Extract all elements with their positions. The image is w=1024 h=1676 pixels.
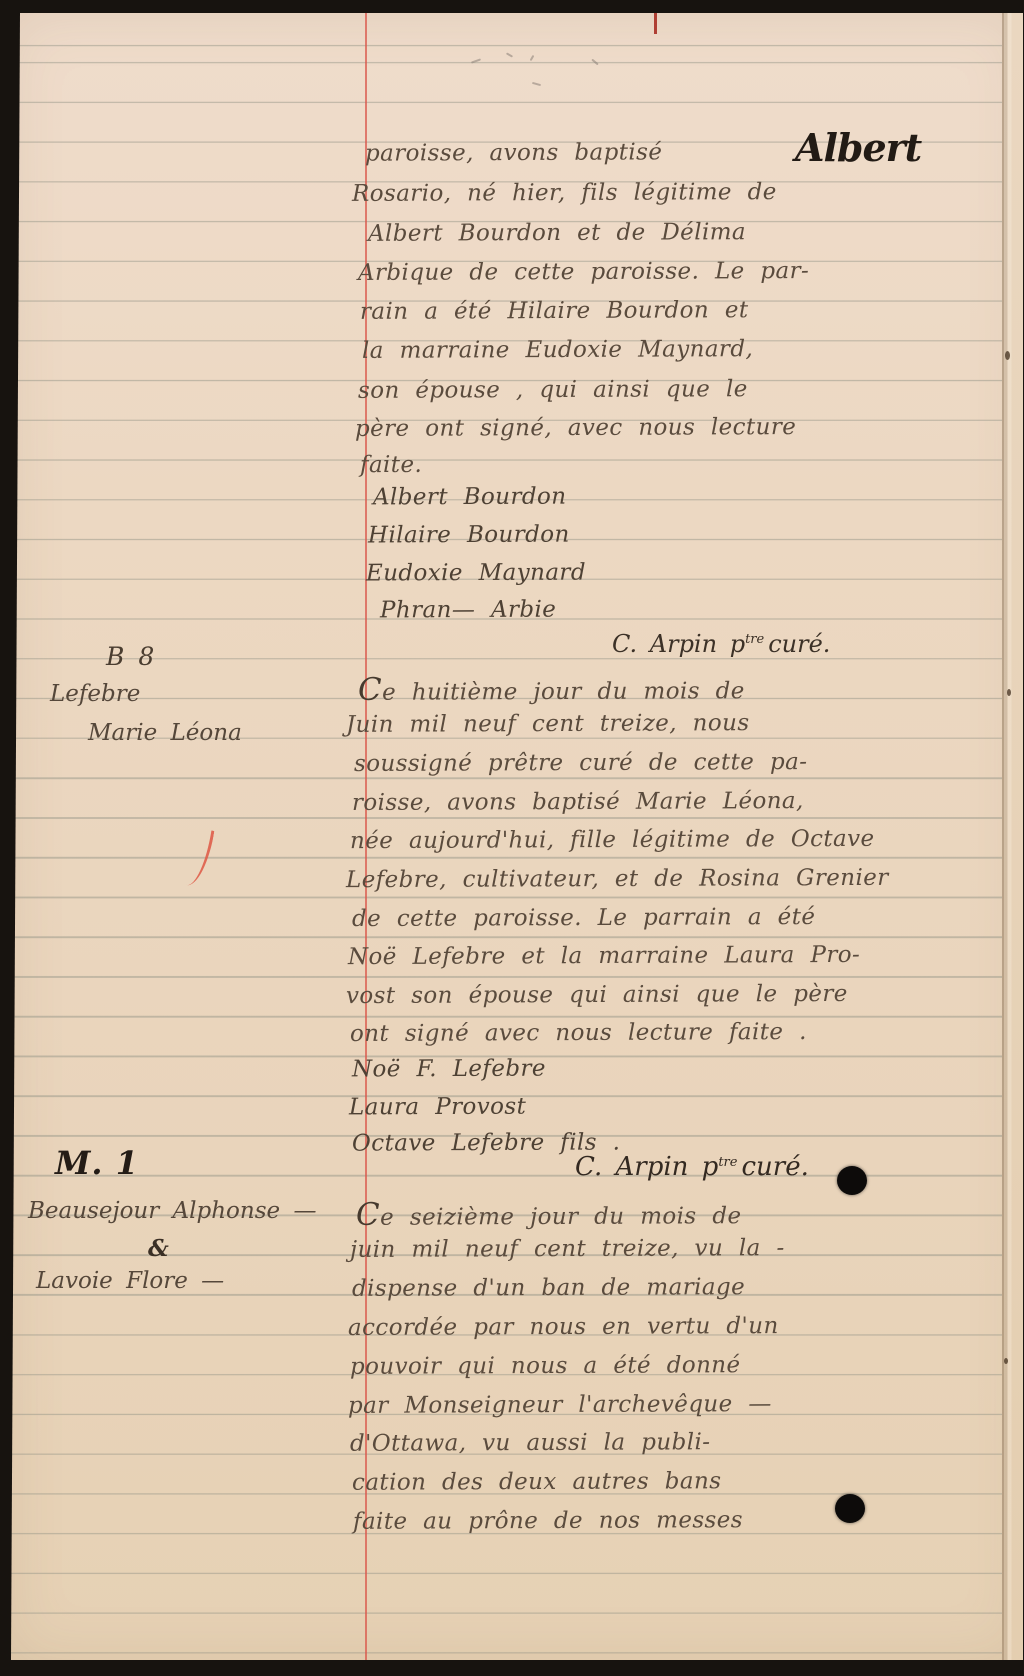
margin-note-marriage-bride: Lavoie Flore — <box>36 1268 224 1294</box>
priest-signature: C. Arpin ptrecuré. <box>575 1152 809 1182</box>
handwriting-line: la marraine Eudoxie Maynard, <box>362 336 753 364</box>
handwriting-line: juin mil neuf cent treize, vu la - <box>350 1235 785 1263</box>
page-paper: paroisse, avons baptisé Albert Rosario, … <box>9 13 1023 1660</box>
page-edge-tear <box>1007 689 1011 696</box>
page-edge-tear <box>1004 1358 1008 1364</box>
top-margin-tick-icon <box>654 13 657 34</box>
page-edge-tear <box>1005 351 1010 360</box>
handwriting-line: faite au prône de nos messes <box>353 1507 743 1535</box>
signature: Hilaire Bourdon <box>368 522 570 549</box>
handwriting-line: cation des deux autres bans <box>352 1468 722 1496</box>
handwriting-line: Albert Bourdon et de Délima <box>368 219 746 247</box>
margin-note-baptism-given-name: Marie Léona <box>88 720 242 746</box>
signature: Eudoxie Maynard <box>366 560 586 587</box>
margin-note-baptism-number: B 8 <box>106 642 154 671</box>
handwriting-line: Noë Lefebre et la marraine Laura Pro- <box>348 942 860 970</box>
page-right-edge <box>1002 13 1023 1660</box>
handwriting-line: née aujourd'hui, fille légitime de Octav… <box>350 826 875 854</box>
handwriting-line: pouvoir qui nous a été donné <box>350 1352 741 1380</box>
signature: Albert Bourdon <box>373 484 567 511</box>
handwriting-line: dispense d'un ban de mariage <box>352 1274 745 1302</box>
handwriting-line: Ce seizième jour du mois de <box>356 1195 742 1233</box>
handwriting-line: soussigné prêtre curé de cette pa- <box>354 749 807 777</box>
margin-note-baptism-surname: Lefebre <box>50 681 140 707</box>
handwriting-line: ont signé avec nous lecture faite . <box>350 1019 807 1047</box>
handwriting-line: par Monseigneur l'archevêque — <box>348 1391 772 1419</box>
margin-note-marriage-number: M. 1 <box>55 1144 139 1182</box>
child-name-highlight: Albert <box>795 125 921 170</box>
handwriting-line: d'Ottawa, vu aussi la publi- <box>350 1429 710 1457</box>
handwriting-line: Rosario, né hier, fils légitime de <box>352 179 777 207</box>
handwriting-line: Ce huitième jour du mois de <box>358 670 745 708</box>
margin-note-marriage-groom: Beausejour Alphonse — <box>28 1198 316 1224</box>
handwriting-line: de cette paroisse. Le parrain a été <box>352 904 815 932</box>
priest-signature-title: curé. <box>768 630 830 658</box>
handwriting-line: son épouse , qui ainsi que le <box>358 376 748 404</box>
handwriting-line: roisse, avons baptisé Marie Léona, <box>352 788 804 816</box>
margin-note-marriage-joiner: & <box>148 1235 169 1262</box>
punch-hole-icon <box>837 1166 867 1195</box>
priest-signature-name: C. Arpin p <box>575 1152 718 1182</box>
handwriting-line: Arbique de cette paroisse. Le par- <box>358 258 809 286</box>
handwriting-line: paroisse, avons baptisé <box>365 139 662 166</box>
handwriting-line: vost son épouse qui ainsi que le père <box>346 981 848 1009</box>
handwriting-line: père ont signé, avec nous lecture <box>355 414 796 442</box>
priest-signature-name: C. Arpin p <box>612 630 745 658</box>
signature: Noë F. Lefebre <box>352 1056 546 1083</box>
punch-hole-icon <box>835 1494 865 1523</box>
handwriting-line: Lefebre, cultivateur, et de Rosina Greni… <box>346 865 889 893</box>
priest-signature-superscript: tre <box>745 632 764 647</box>
signature: Laura Provost <box>349 1094 526 1121</box>
handwriting-line: faite. <box>360 452 422 478</box>
document-scan: { "document_kind": "handwritten parish r… <box>0 0 1024 1676</box>
priest-signature-title: curé. <box>741 1152 808 1182</box>
handwriting-line: accordée par nous en vertu d'un <box>348 1313 779 1341</box>
signature: Phran— Arbie <box>380 597 556 624</box>
priest-signature-superscript: tre <box>718 1155 737 1170</box>
handwriting-line: Juin mil neuf cent treize, nous <box>346 710 750 738</box>
priest-signature: C. Arpin ptrecuré. <box>612 630 830 658</box>
handwriting-line: rain a été Hilaire Bourdon et <box>360 297 749 325</box>
